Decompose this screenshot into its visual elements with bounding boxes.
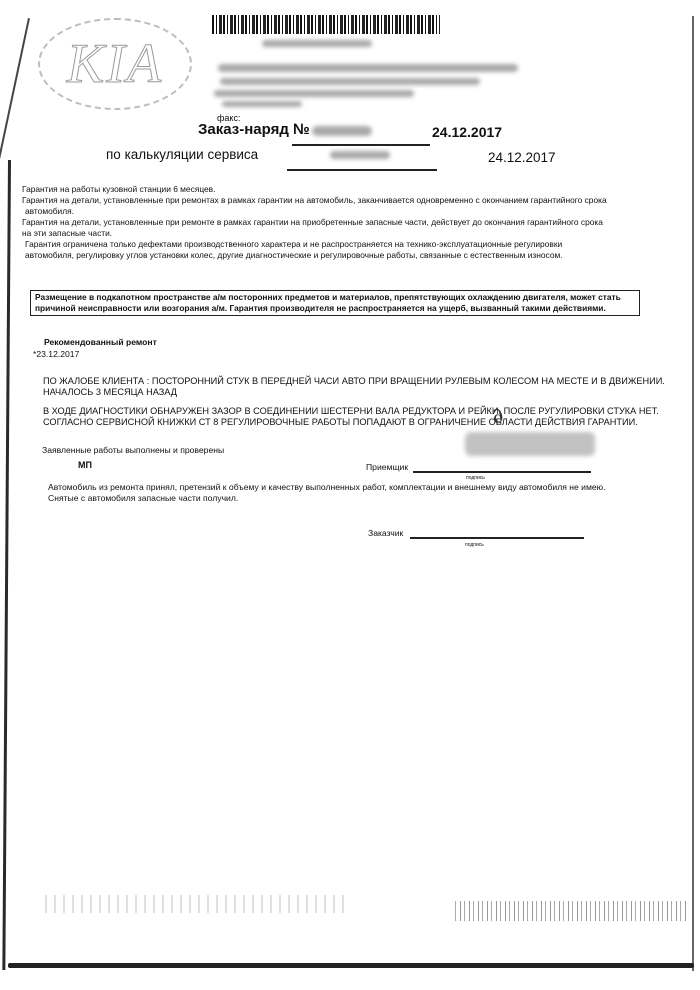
stamp-place-label: МП — [78, 460, 92, 470]
diagnosis-line: В ХОДЕ ДИАГНОСТИКИ ОБНАРУЖЕН ЗАЗОР В СОЕ… — [43, 406, 683, 417]
redacted-block — [262, 40, 372, 47]
declared-works-statement: Заявленные работы выполнены и проверены — [42, 445, 224, 455]
acceptance-line: Автомобиль из ремонта принял, претензий … — [48, 482, 688, 493]
faint-footer-text — [45, 895, 345, 913]
customer-label: Заказчик — [368, 528, 403, 538]
diagnosis-result: В ХОДЕ ДИАГНОСТИКИ ОБНАРУЖЕН ЗАЗОР В СОЕ… — [43, 406, 683, 428]
customer-complaint: ПО ЖАЛОБЕ КЛИЕНТА : ПОСТОРОННИЙ СТУК В П… — [43, 376, 683, 398]
warranty-line: автомобиля. — [22, 206, 682, 217]
warranty-terms: Гарантия на работы кузовной станции 6 ме… — [22, 184, 682, 261]
order-date: 24.12.2017 — [432, 124, 502, 140]
calculation-label: по калькуляции сервиса — [106, 147, 258, 162]
warranty-line: Гарантия ограничена только дефектами про… — [22, 239, 682, 250]
warranty-line: автомобиля, регулировку углов установки … — [22, 250, 682, 261]
order-title: Заказ-наряд № — [198, 121, 310, 138]
order-number-line — [292, 144, 430, 146]
redacted-block — [222, 101, 302, 107]
complaint-line: НАЧАЛОСЬ 3 МЕСЯЦА НАЗАД — [43, 387, 683, 398]
warranty-line: на эти запасные части. — [22, 228, 682, 239]
kia-logo: KIA — [38, 18, 192, 110]
engine-notice-box: Размещение в подкапотном пространстве а/… — [30, 290, 640, 316]
complaint-line: ПО ЖАЛОБЕ КЛИЕНТА : ПОСТОРОННИЙ СТУК В П… — [43, 376, 683, 387]
signature-caption: подпись — [466, 475, 485, 481]
receiver-signature-line[interactable] — [413, 471, 591, 473]
redacted-calculation-number — [330, 151, 390, 159]
page-fold — [0, 18, 30, 165]
warranty-line: Гарантия на работы кузовной станции 6 ме… — [22, 184, 682, 195]
recommended-repair-title: Рекомендованный ремонт — [44, 337, 157, 347]
calculation-date: 24.12.2017 — [488, 150, 556, 165]
barcode — [212, 15, 440, 34]
redacted-block — [218, 64, 518, 72]
acceptance-statement: Автомобиль из ремонта принял, претензий … — [48, 482, 688, 504]
page-edge-left — [2, 160, 11, 970]
customer-signature-line[interactable] — [410, 537, 584, 539]
page-edge-bottom — [8, 963, 694, 968]
diagnosis-line: СОГЛАСНО СЕРВИСНОЙ КНИЖКИ СТ 8 РЕГУЛИРОВ… — [43, 417, 683, 428]
page-edge-right — [692, 16, 694, 971]
footer-barcode — [455, 901, 689, 921]
recommended-repair-date: *23.12.2017 — [33, 349, 79, 359]
redacted-stamp — [465, 432, 595, 456]
calculation-number-line — [287, 169, 437, 171]
redacted-order-number — [312, 126, 372, 136]
warranty-line: Гарантия на детали, установленные при ре… — [22, 195, 682, 206]
receiver-label: Приемщик — [366, 462, 408, 472]
warranty-line: Гарантия на детали, установленные при ре… — [22, 217, 682, 228]
acceptance-line: Снятые с автомобиля запасные части получ… — [48, 493, 688, 504]
signature-caption: подпись — [465, 542, 484, 548]
redacted-block — [220, 78, 480, 85]
redacted-block — [214, 90, 414, 97]
